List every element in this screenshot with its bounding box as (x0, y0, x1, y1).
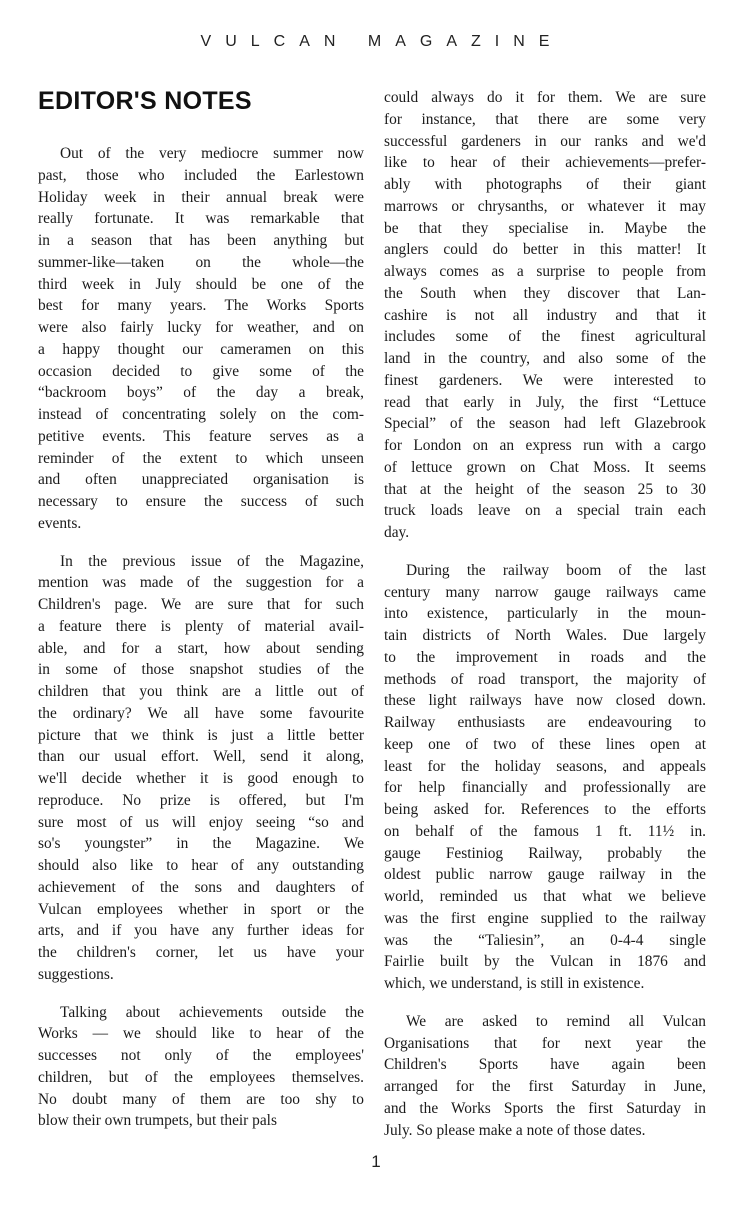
text-line: We are asked to remind all Vulcan (384, 1011, 706, 1033)
text-line: Railway enthusiasts are endeavouring to (384, 712, 706, 734)
text-line: No doubt many of them are too shy to (38, 1089, 364, 1111)
text-line: tain districts of North Wales. Due large… (384, 625, 706, 647)
text-line: was the first engine supplied to the rai… (384, 908, 706, 930)
text-line: third week in July should be one of the (38, 274, 364, 296)
text-line: really fortunate. It was remarkable that (38, 208, 364, 230)
text-line: in some of those snapshot studies of the (38, 659, 364, 681)
text-line: Holiday week in their annual break were (38, 187, 364, 209)
text-line: into existence, particularly in the moun… (384, 603, 706, 625)
text-line: successes not only of the employees' (38, 1045, 364, 1067)
text-line: blow their own trumpets, but their pals (38, 1110, 364, 1132)
text-line: a feature there is plenty of material av… (38, 616, 364, 638)
text-line: the ordinary? We all have some favourite (38, 703, 364, 725)
paragraph-railways: During the railway boom of the lastcentu… (384, 560, 706, 995)
paragraph-achievements: Talking about achievements outside theWo… (38, 1002, 364, 1133)
text-line: children that you think are a little out… (38, 681, 364, 703)
text-line: and the Works Sports the first Saturday … (384, 1098, 706, 1120)
text-line: on behalf of the famous 1 ft. 11½ in. (384, 821, 706, 843)
text-line: Fairlie built by the Vulcan in 1876 and (384, 951, 706, 973)
text-line: marrows or chrysanths, or whatever it ma… (384, 196, 706, 218)
text-line: these light railways have now closed dow… (384, 690, 706, 712)
text-line: gauge Festiniog Railway, probably the (384, 843, 706, 865)
text-line: than our usual effort. Well, send it alo… (38, 746, 364, 768)
paragraph-gardeners: could always do it for them. We are sure… (384, 87, 706, 544)
text-line: Talking about achievements outside the (38, 1002, 364, 1024)
text-line: of lettuce grown on Chat Moss. It seems (384, 457, 706, 479)
paragraph-summer: Out of the very mediocre summer nowpast,… (38, 143, 364, 535)
text-line: instead of concentrating solely on the c… (38, 404, 364, 426)
text-line: best for many years. The Works Sports (38, 295, 364, 317)
text-line: land in the country, and also some of th… (384, 348, 706, 370)
paragraph-childrens-page: In the previous issue of the Magazine,me… (38, 551, 364, 986)
text-line: children, but of the employees themselve… (38, 1067, 364, 1089)
text-line: events. (38, 513, 364, 535)
text-line: During the railway boom of the last (384, 560, 706, 582)
text-line: achievement of the sons and daughters of (38, 877, 364, 899)
text-line: reproduce. No prize is offered, but I'm (38, 790, 364, 812)
text-line: Children's page. We are sure that for su… (38, 594, 364, 616)
text-line: least for the holiday seasons, and appea… (384, 756, 706, 778)
text-line: was the “Taliesin”, an 0-4-4 single (384, 930, 706, 952)
text-line: cashire is not all industry and that it (384, 305, 706, 327)
text-line: which, we understand, is still in existe… (384, 973, 706, 995)
text-line: past, those who included the Earlestown (38, 165, 364, 187)
text-line: should also like to hear of any outstand… (38, 855, 364, 877)
text-line: includes some of the finest agricultural (384, 326, 706, 348)
text-line: so's youngster” in the Magazine. We (38, 833, 364, 855)
magazine-masthead: VULCAN MAGAZINE (0, 33, 752, 51)
text-line: arts, and if you have any further ideas … (38, 920, 364, 942)
text-line: in a season that has been anything but (38, 230, 364, 252)
text-line: petitive events. This feature serves as … (38, 426, 364, 448)
article-title: EDITOR'S NOTES (38, 85, 364, 117)
text-line: Out of the very mediocre summer now (38, 143, 364, 165)
text-line: for London on an express run with a carg… (384, 435, 706, 457)
text-line: the children's corner, let us have your (38, 942, 364, 964)
text-line: summer-like—taken on the whole—the (38, 252, 364, 274)
text-line: day. (384, 522, 706, 544)
text-line: truck loads leave on a special train eac… (384, 500, 706, 522)
text-line: Children's Sports have again been (384, 1054, 706, 1076)
paragraph-sports-dates: We are asked to remind all VulcanOrganis… (384, 1011, 706, 1142)
text-line: necessary to ensure the success of such (38, 491, 364, 513)
text-line: Organisations that for next year the (384, 1033, 706, 1055)
text-line: like to hear of their achievements—prefe… (384, 152, 706, 174)
text-line: century many narrow gauge railways came (384, 582, 706, 604)
text-line: able, and for a start, how about sending (38, 638, 364, 660)
text-line: reminder of the extent to which unseen (38, 448, 364, 470)
text-line: world, reminded us that what we believe (384, 886, 706, 908)
text-line: “backroom boys” of the day a break, (38, 382, 364, 404)
text-line: mention was made of the suggestion for a (38, 572, 364, 594)
text-line: and often unappreciated organisation is (38, 469, 364, 491)
text-line: that at the height of the season 25 to 3… (384, 479, 706, 501)
page-number: 1 (0, 1152, 752, 1172)
left-column: EDITOR'S NOTES Out of the very mediocre … (38, 85, 364, 1132)
text-line: Special” of the season had left Glazebro… (384, 413, 706, 435)
text-line: the South when they discover that Lan- (384, 283, 706, 305)
text-line: being asked for. References to the effor… (384, 799, 706, 821)
text-line: Vulcan employees whether in sport or the (38, 899, 364, 921)
text-line: sure most of us will enjoy seeing “so an… (38, 812, 364, 834)
text-line: be that they specialise in. Maybe the (384, 218, 706, 240)
text-line: for help financially and professionally … (384, 777, 706, 799)
text-line: July. So please make a note of those dat… (384, 1120, 706, 1142)
text-line: finest gardeners. We were interested to (384, 370, 706, 392)
text-line: could always do it for them. We are sure (384, 87, 706, 109)
right-column: could always do it for them. We are sure… (384, 87, 706, 1141)
text-line: always comes as a surprise to people fro… (384, 261, 706, 283)
text-line: Works — we should like to hear of the (38, 1023, 364, 1045)
text-line: we'll decide whether it is good enough t… (38, 768, 364, 790)
text-line: In the previous issue of the Magazine, (38, 551, 364, 573)
text-line: read that early in July, the first “Lett… (384, 392, 706, 414)
text-line: suggestions. (38, 964, 364, 986)
text-line: for instance, that there are some very (384, 109, 706, 131)
text-line: occasion decided to give some of the (38, 361, 364, 383)
text-line: arranged for the first Saturday in June, (384, 1076, 706, 1098)
text-line: methods of road transport, the majority … (384, 669, 706, 691)
text-line: anglers could do better in this matter! … (384, 239, 706, 261)
text-line: to the improvement in roads and the (384, 647, 706, 669)
text-line: keep one of two of these lines open at (384, 734, 706, 756)
text-line: a happy thought our cameramen on this (38, 339, 364, 361)
text-line: oldest public narrow gauge railway in th… (384, 864, 706, 886)
text-line: picture that we think is just a little b… (38, 725, 364, 747)
text-line: were also fairly lucky for weather, and … (38, 317, 364, 339)
text-line: successful gardeners in our ranks and we… (384, 131, 706, 153)
text-line: ably with photographs of their giant (384, 174, 706, 196)
